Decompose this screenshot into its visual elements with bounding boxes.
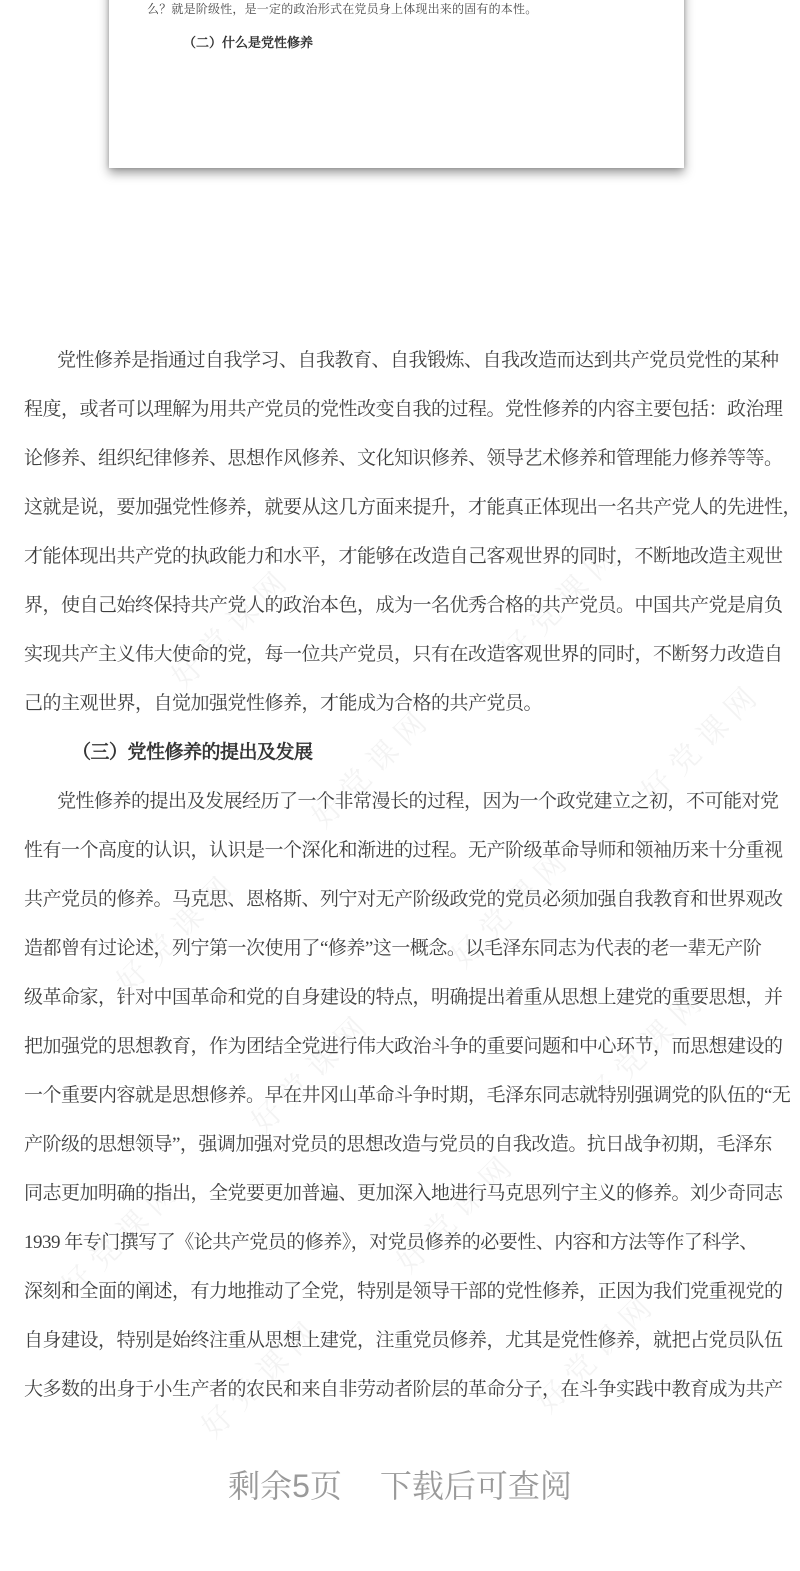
page-preview-card: 么？就是阶级性，是一定的政治形式在党员身上体现出来的固有的本性。 （二）什么是党… <box>109 0 684 168</box>
text-line: 级革命家，针对中国革命和党的自身建设的特点，明确提出着重从思想上建党的重要思想，… <box>24 973 778 1022</box>
text-line: 界，使自己始终保持共产党人的政治本色，成为一名优秀合格的共产党员。中国共产党是肩… <box>24 581 778 630</box>
text-line: 1939 年专门撰写了《论共产党员的修养》，对党员修养的必要性、内容和方法等作了… <box>24 1218 778 1267</box>
text-line: 大多数的出身于小生产者的农民和来自非劳动者阶层的革命分子，在斗争实践中教育成为共… <box>24 1365 778 1414</box>
text-line: 才能体现出共产党的执政能力和水平，才能够在改造自己客观世界的同时，不断地改造主观… <box>24 532 778 581</box>
remaining-pages-notice: 剩余5页下载后可查阅 <box>0 1464 800 1508</box>
text-line: 党性修养是指通过自我学习、自我教育、自我锻炼、自我改造而达到共产党员党性的某种 <box>24 336 778 385</box>
text-line: 深刻和全面的阐述，有力地推动了全党，特别是领导干部的党性修养，正因为我们党重视党… <box>24 1267 778 1316</box>
text-line: 论修养、组织纪律修养、思想作风修养、文化知识修养、领导艺术修养和管理能力修养等等… <box>24 434 778 483</box>
paragraph-origin-and-development: 党性修养的提出及发展经历了一个非常漫长的过程，因为一个政党建立之初，不可能对党 … <box>24 777 778 1414</box>
section-heading-3: （三）党性修养的提出及发展 <box>24 728 778 777</box>
paragraph-what-is-party-spirit-cultivation: 党性修养是指通过自我学习、自我教育、自我锻炼、自我改造而达到共产党员党性的某种 … <box>24 336 778 728</box>
text-line: 这就是说，要加强党性修养，就要从这几方面来提升，才能真正体现出一名共产党人的先进… <box>24 483 778 532</box>
text-line: 同志更加明确的指出，全党要更加普遍、更加深入地进行马克思列宁主义的修养。刘少奇同… <box>24 1169 778 1218</box>
page-card-text-line: 么？就是阶级性，是一定的政治形式在党员身上体现出来的固有的本性。 <box>147 0 664 17</box>
text-line: 性有一个高度的认识，认识是一个深化和渐进的过程。无产阶级革命导师和领袖历来十分重… <box>24 826 778 875</box>
text-line: 造都曾有过论述，列宁第一次使用了“修养”这一概念。以毛泽东同志为代表的老一辈无产… <box>24 924 778 973</box>
page-card-section-heading: （二）什么是党性修养 <box>183 32 313 51</box>
text-line: 实现共产主义伟大使命的党，每一位共产党员，只有在改造客观世界的同时，不断努力改造… <box>24 630 778 679</box>
section-heading-text: （三）党性修养的提出及发展 <box>24 728 778 777</box>
text-line: 把加强党的思想教育，作为团结全党进行伟大政治斗争的重要问题和中心环节，而思想建设… <box>24 1022 778 1071</box>
text-line: 一个重要内容就是思想修养。早在井冈山革命斗争时期，毛泽东同志就特别强调党的队伍的… <box>24 1071 778 1120</box>
download-to-view-hint: 下载后可查阅 <box>380 1468 572 1504</box>
text-line: 产阶级的思想领导”，强调加强对党员的思想改造与党员的自我改造。抗日战争初期，毛泽… <box>24 1120 778 1169</box>
text-line: 程度，或者可以理解为用共产党员的党性改变自我的过程。党性修养的内容主要包括：政治… <box>24 385 778 434</box>
remaining-pages-count: 剩余5页 <box>228 1468 342 1504</box>
text-line: 党性修养的提出及发展经历了一个非常漫长的过程，因为一个政党建立之初，不可能对党 <box>24 777 778 826</box>
text-line: 自身建设，特别是始终注重从思想上建党，注重党员修养，尤其是党性修养，就把占党员队… <box>24 1316 778 1365</box>
text-line: 共产党员的修养。马克思、恩格斯、列宁对无产阶级政党的党员必须加强自我教育和世界观… <box>24 875 778 924</box>
text-line: 己的主观世界，自觉加强党性修养，才能成为合格的共产党员。 <box>24 679 778 728</box>
